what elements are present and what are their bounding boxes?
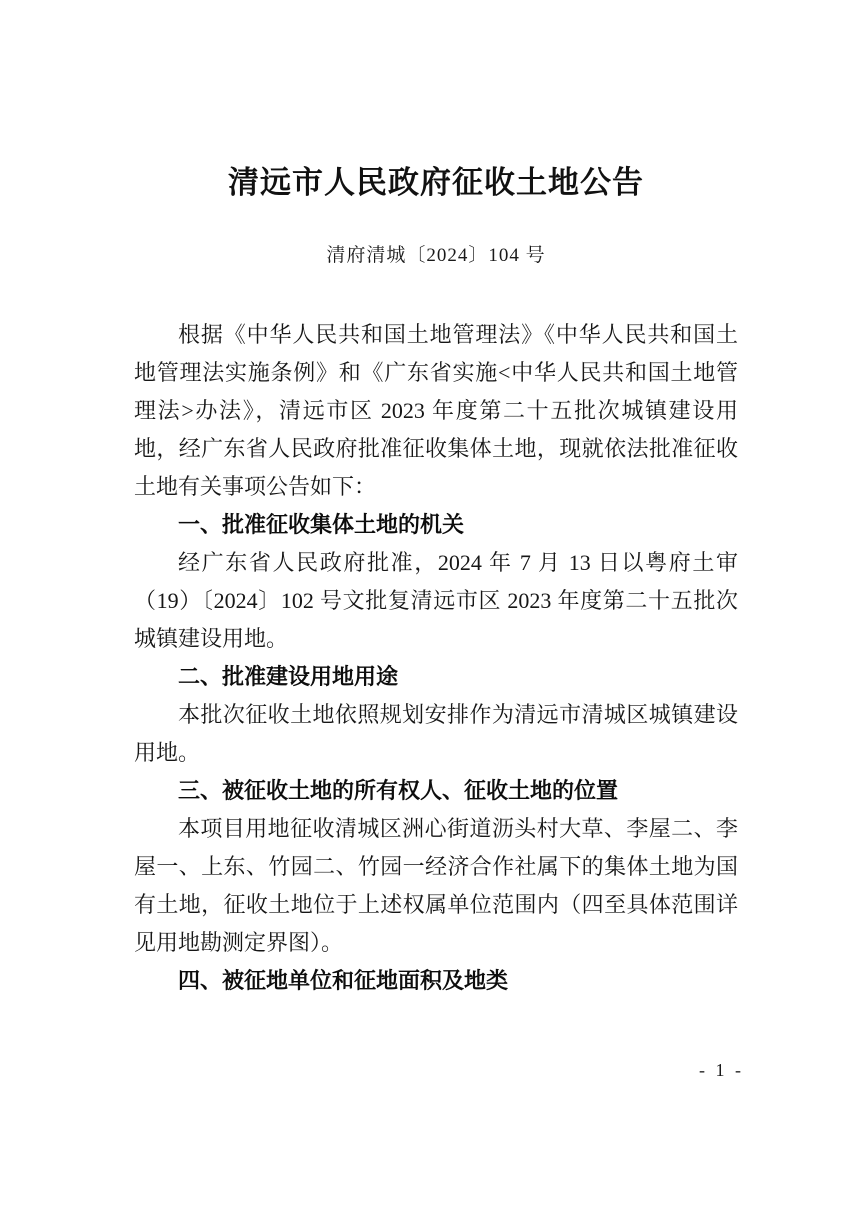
section-3-paragraph: 本项目用地征收清城区洲心街道沥头村大草、李屋二、李屋一、上东、竹园二、竹园一经济… — [134, 810, 738, 962]
document-page: 清远市人民政府征收土地公告 清府清城〔2024〕104 号 根据《中华人民共和国… — [0, 0, 850, 1209]
section-1-paragraph: 经广东省人民政府批准，2024 年 7 月 13 日以粤府土审（19）〔2024… — [134, 544, 738, 658]
intro-paragraph: 根据《中华人民共和国土地管理法》《中华人民共和国土地管理法实施条例》和《广东省实… — [134, 316, 738, 506]
document-body: 根据《中华人民共和国土地管理法》《中华人民共和国土地管理法实施条例》和《广东省实… — [134, 316, 738, 1000]
document-title: 清远市人民政府征收土地公告 — [134, 163, 738, 203]
page-number: - 1 - — [699, 1060, 744, 1081]
section-heading-4: 四、被征地单位和征地面积及地类 — [134, 962, 738, 1000]
section-heading-1: 一、批准征收集体土地的机关 — [134, 506, 738, 544]
section-heading-2: 二、批准建设用地用途 — [134, 658, 738, 696]
document-number: 清府清城〔2024〕104 号 — [134, 243, 738, 269]
document-content: 清远市人民政府征收土地公告 清府清城〔2024〕104 号 根据《中华人民共和国… — [134, 0, 738, 1000]
section-heading-3: 三、被征收土地的所有权人、征收土地的位置 — [134, 772, 738, 810]
section-2-paragraph: 本批次征收土地依照规划安排作为清远市清城区城镇建设用地。 — [134, 696, 738, 772]
